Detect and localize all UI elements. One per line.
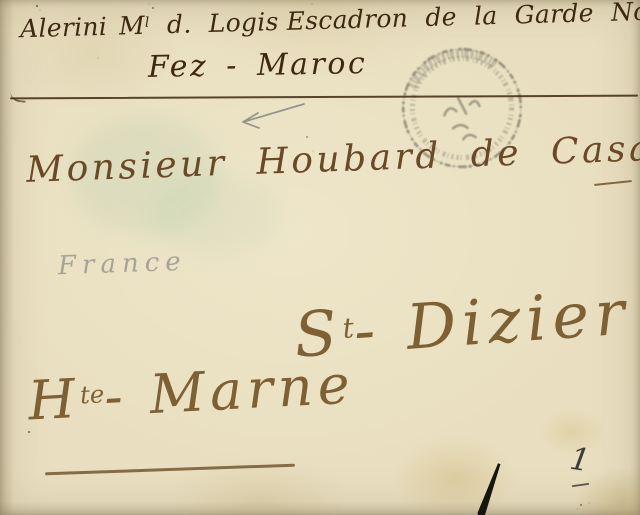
pencil-note: France: [58, 248, 188, 282]
pencil-arrow-icon: [236, 101, 306, 129]
sender-unit: Escadron de la Garde Noire: [286, 0, 640, 36]
city-name: - Dizier: [351, 275, 632, 367]
origin-line: Fez - Maroc: [148, 47, 368, 85]
sender-line: AleriniMl d. LogisEscadron de la Garde N…: [20, 0, 640, 44]
sender-name: Alerini: [20, 12, 108, 43]
ink-specks: [0, 0, 2, 2]
underline-flourish: [45, 464, 295, 476]
sender-rank: Ml d. Logis: [119, 7, 279, 40]
dept-initial: H: [27, 367, 82, 433]
due-mark: 1: [567, 442, 592, 480]
divider-line-hook: [10, 91, 27, 103]
due-mark-underline: [572, 483, 589, 487]
dept-name: - Marne: [103, 352, 356, 428]
divider-line: [10, 95, 638, 100]
envelope-photo: AleriniMl d. LogisEscadron de la Garde N…: [0, 0, 640, 515]
rank-rest: d. Logis: [149, 7, 279, 40]
dept-superscript: te: [79, 379, 105, 409]
rank-abbrev: M: [119, 11, 146, 41]
faded-green-stain: [150, 175, 280, 255]
pen-flourish: [594, 180, 632, 186]
destination-department: Hte- Marne: [27, 353, 357, 432]
ink-stroke-mark: [477, 462, 504, 515]
